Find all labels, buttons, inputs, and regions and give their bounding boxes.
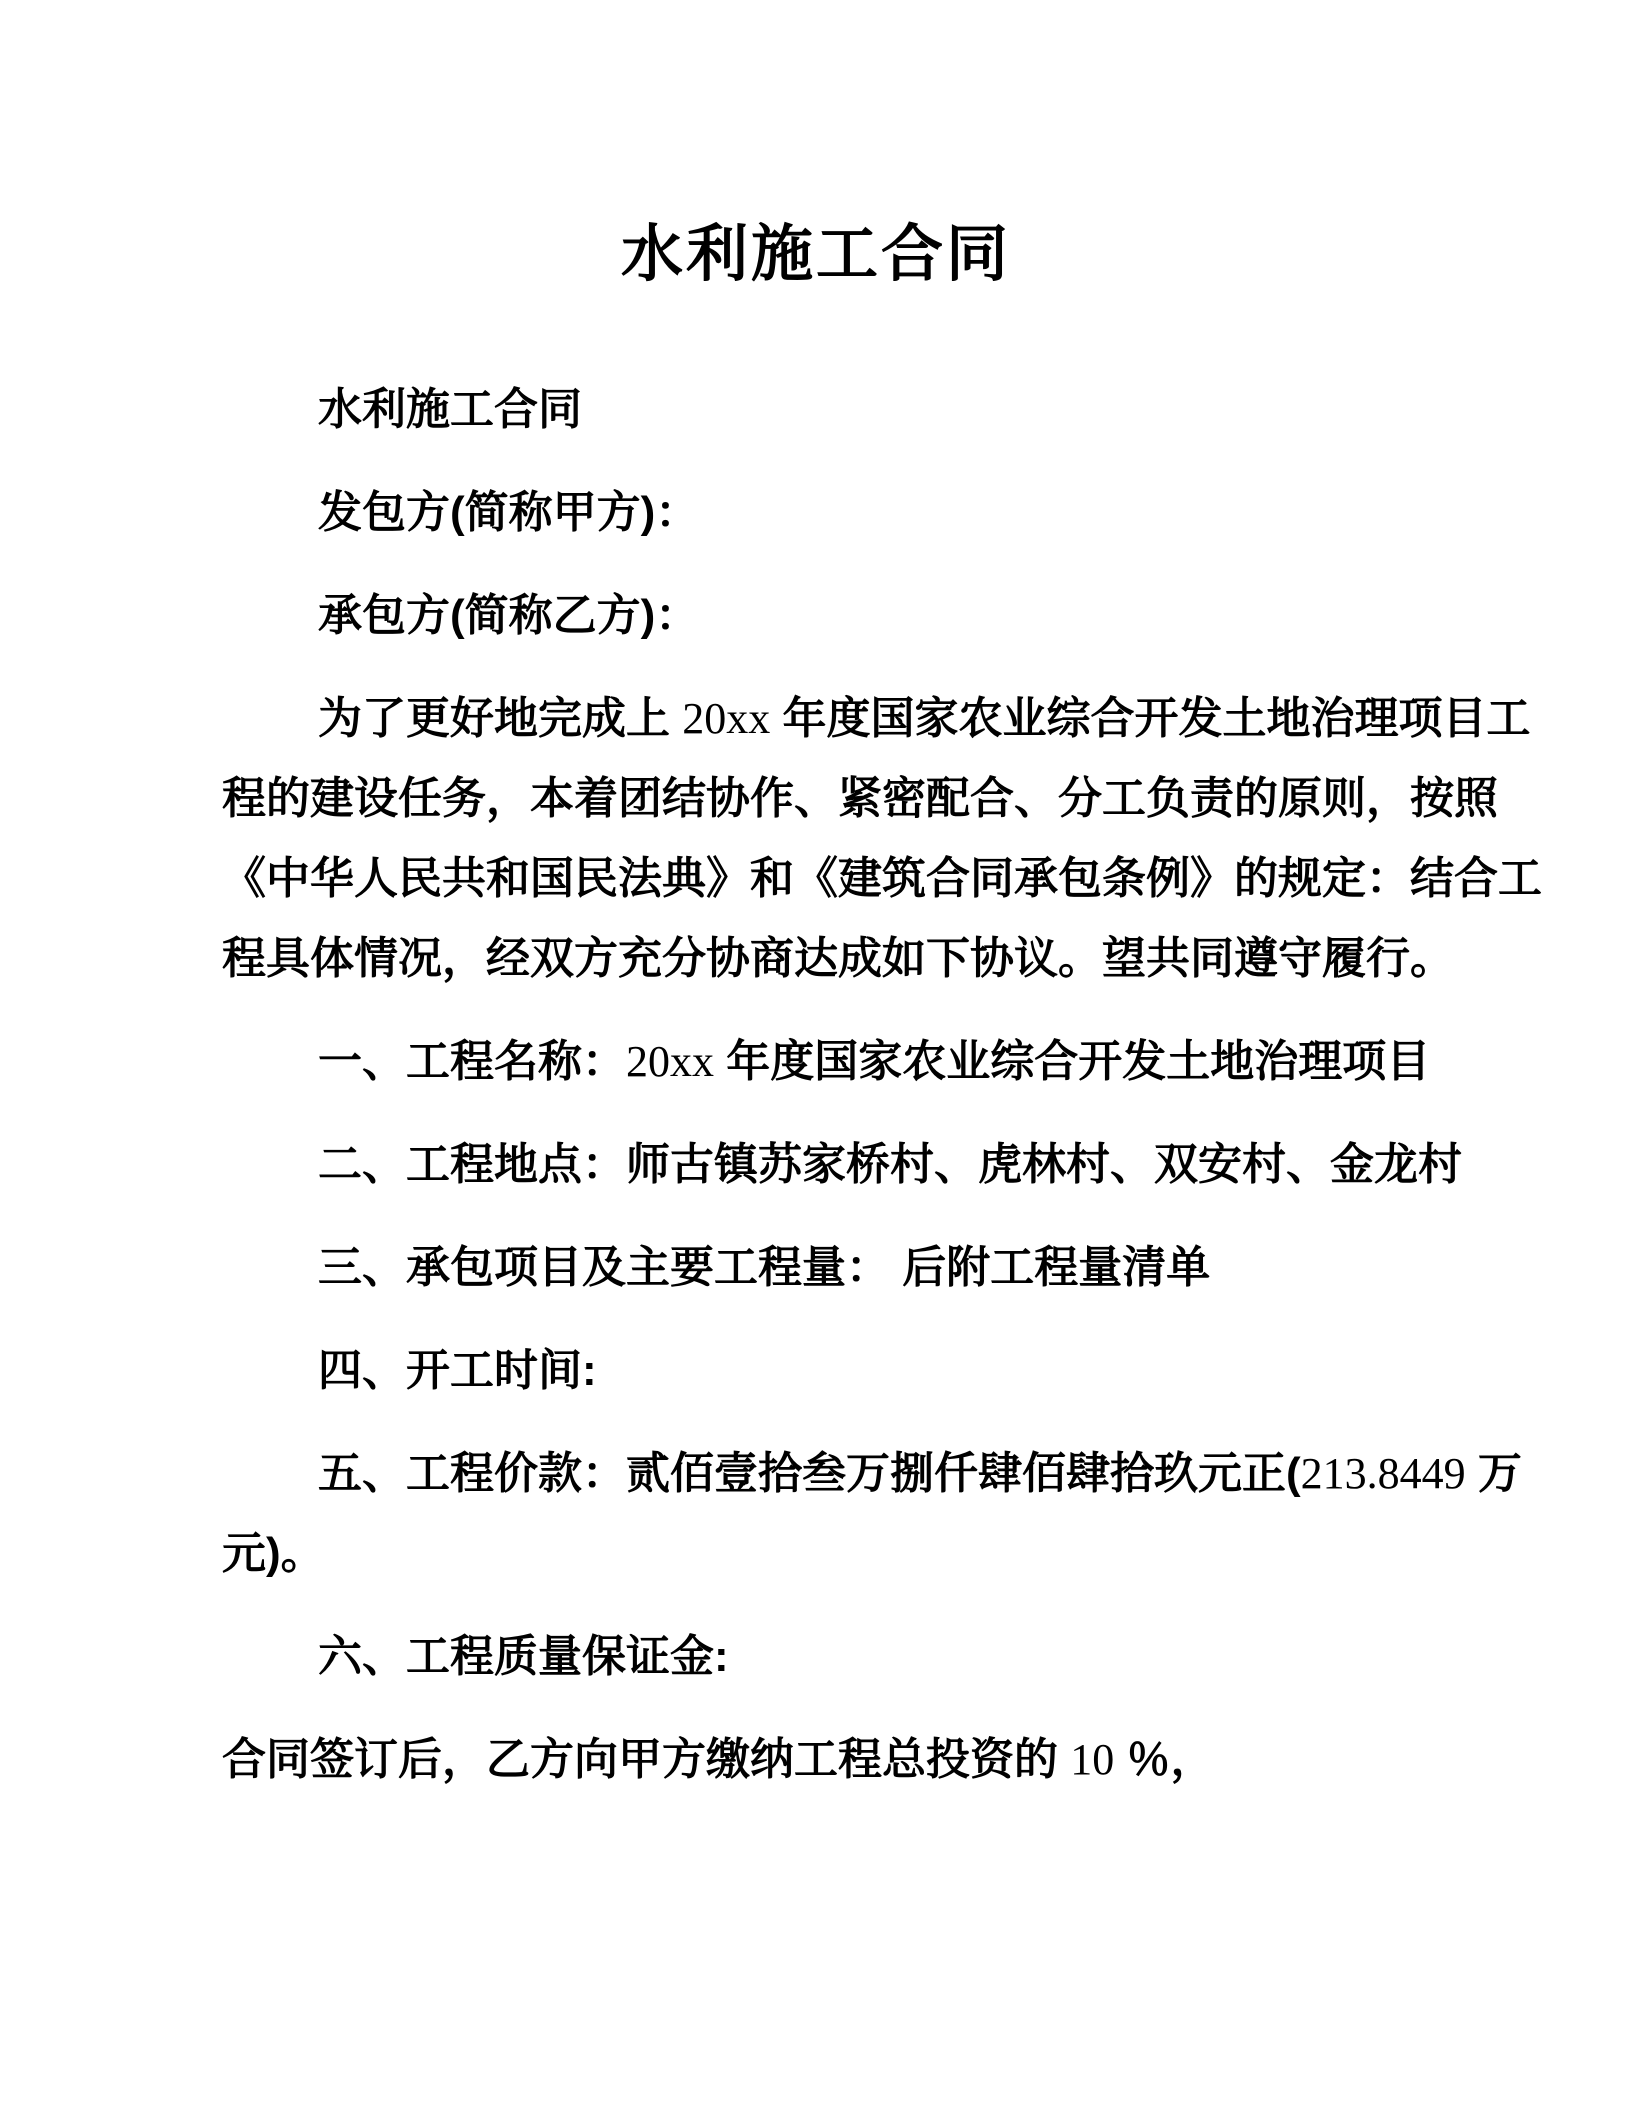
paragraph-line: 二、工程地点：师古镇苏家桥村、虎林村、双安村、金龙村	[222, 1125, 1410, 1205]
clause-5-contract-price: 五、工程价款：贰佰壹拾叁万捌仟肆佰肆拾玖元正(213.8449 万 元)。	[222, 1434, 1410, 1594]
clause-6-quality-deposit: 六、工程质量保证金:	[222, 1617, 1410, 1697]
paragraph-line: 三、承包项目及主要工程量： 后附工程量清单	[222, 1228, 1410, 1308]
paragraph-line: 合同签订后，乙方向甲方缴纳工程总投资的 10 ％，	[222, 1720, 1410, 1800]
document-page: 水利施工合同 水利施工合同 发包方(简称甲方)： 承包方(简称乙方)： 为了更好…	[0, 0, 1632, 2112]
paragraph-party-b: 承包方(简称乙方)：	[222, 576, 1410, 656]
paragraph-deposit-detail: 合同签订后，乙方向甲方缴纳工程总投资的 10 ％，	[222, 1720, 1410, 1800]
paragraph-line: 元)。	[222, 1514, 1410, 1594]
paragraph-line: 六、工程质量保证金:	[222, 1617, 1410, 1697]
paragraph-line: 一、工程名称：20xx 年度国家农业综合开发土地治理项目	[222, 1022, 1410, 1102]
clause-2-project-location: 二、工程地点：师古镇苏家桥村、虎林村、双安村、金龙村	[222, 1125, 1410, 1205]
clause-4-start-date: 四、开工时间:	[222, 1331, 1410, 1411]
paragraph-line: 为了更好地完成上 20xx 年度国家农业综合开发土地治理项目工	[222, 679, 1410, 759]
paragraph-line: 四、开工时间:	[222, 1331, 1410, 1411]
paragraph-line: 五、工程价款：贰佰壹拾叁万捌仟肆佰肆拾玖元正(213.8449 万	[222, 1434, 1410, 1514]
clause-1-project-name: 一、工程名称：20xx 年度国家农业综合开发土地治理项目	[222, 1022, 1410, 1102]
paragraph-line: 发包方(简称甲方)：	[222, 473, 1410, 553]
document-title: 水利施工合同	[222, 215, 1410, 295]
paragraph-line: 程具体情况，经双方充分协商达成如下协议。望共同遵守履行。	[222, 919, 1410, 999]
paragraph-line: 程的建设任务，本着团结协作、紧密配合、分工负责的原则，按照	[222, 759, 1410, 839]
paragraph-heading: 水利施工合同	[222, 370, 1410, 450]
paragraph-line: 水利施工合同	[222, 370, 1410, 450]
paragraph-preamble: 为了更好地完成上 20xx 年度国家农业综合开发土地治理项目工 程的建设任务，本…	[222, 679, 1410, 999]
paragraph-line: 《中华人民共和国民法典》和《建筑合同承包条例》的规定：结合工	[222, 839, 1410, 919]
clause-3-contract-items: 三、承包项目及主要工程量： 后附工程量清单	[222, 1228, 1410, 1308]
paragraph-line: 承包方(简称乙方)：	[222, 576, 1410, 656]
document-body: 水利施工合同 发包方(简称甲方)： 承包方(简称乙方)： 为了更好地完成上 20…	[222, 370, 1410, 1800]
paragraph-party-a: 发包方(简称甲方)：	[222, 473, 1410, 553]
